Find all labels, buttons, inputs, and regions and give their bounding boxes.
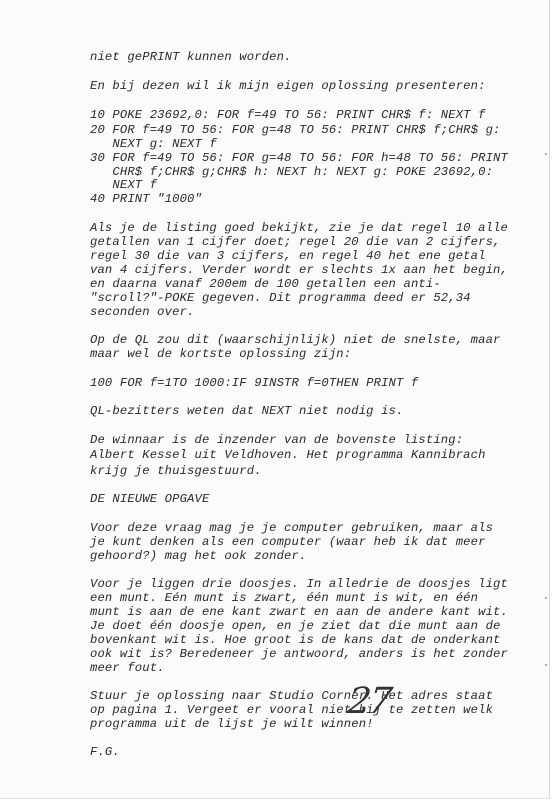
text-line: getallen van 1 cijfer doet; regel 20 die…: [90, 235, 501, 249]
text-line: je kunt denken als een computer (waar he…: [90, 535, 486, 549]
text-line: "scroll?"-POKE gegeven. Dit programma de…: [90, 291, 471, 305]
text-line: QL-bezitters weten dat NEXT niet nodig i…: [90, 404, 403, 418]
document-page: niet gePRINT kunnen worden. En bij dezen…: [0, 0, 550, 799]
text-line: En bij dezen wil ik mijn eigen oplossing…: [90, 79, 486, 93]
code-line: NEXT f: [90, 178, 157, 192]
code-line: 20 FOR f=49 TO 56: FOR g=48 TO 56: PRINT…: [90, 123, 501, 137]
code-line: 100 FOR f=1TO 1000:IF 9INSTR f=0THEN PRI…: [90, 376, 418, 390]
text-line: programma uit de lijst je wilt winnen!: [90, 717, 374, 731]
text-line: meer fout.: [90, 661, 165, 675]
page-number: 27: [345, 681, 393, 722]
text-line: De winnaar is de inzender van de bovenst…: [90, 433, 463, 447]
code-line: 10 POKE 23692,0: FOR f=49 TO 56: PRINT C…: [90, 108, 486, 122]
text-line: op pagina 1. Vergeet er vooral niet bij …: [90, 703, 493, 717]
punch-mark: [545, 664, 547, 666]
text-line: krijg je thuisgestuurd.: [90, 464, 262, 478]
text-line: bovenkant wit is. Hoe groot is de kans d…: [90, 633, 501, 647]
code-line: CHR$ f;CHR$ g;CHR$ h: NEXT h: NEXT g: PO…: [90, 165, 493, 179]
text-line: maar wel de kortste oplossing zijn:: [90, 347, 351, 361]
text-line: Albert Kessel uit Veldhoven. Het program…: [90, 448, 486, 462]
punch-mark: [545, 597, 547, 599]
text-line: ook wit is? Beredeneer je antwoord, ande…: [90, 647, 508, 661]
text-line: Stuur je oplossing naar Studio Corner. H…: [90, 689, 493, 703]
text-line: gehoord?) mag het ook zonder.: [90, 549, 306, 563]
punch-mark: [545, 153, 547, 155]
text-line: Op de QL zou dit (waarschijnlijk) niet d…: [90, 333, 501, 347]
code-line: 30 FOR f=49 TO 56: FOR g=48 TO 56: FOR h…: [90, 151, 508, 165]
text-line: en daarna vanaf 200em de 100 getallen ee…: [90, 277, 441, 291]
text-line: niet gePRINT kunnen worden.: [90, 50, 292, 64]
text-line: Je doet één doosje open, en je ziet dat …: [90, 619, 501, 633]
text-line: van 4 cijfers. Verder wordt er slechts 1…: [90, 263, 508, 277]
text-line: Voor deze vraag mag je je computer gebru…: [90, 521, 493, 535]
text-line: een munt. Eén munt is zwart, één munt is…: [90, 591, 478, 605]
code-line: NEXT g: NEXT f: [90, 137, 217, 151]
text-line: regel 30 die van 3 cijfers, en regel 40 …: [90, 249, 486, 263]
text-line: seconden over.: [90, 305, 195, 319]
section-heading: DE NIEUWE OPGAVE: [90, 492, 209, 506]
text-line: munt is aan de ene kant zwart en aan de …: [90, 605, 508, 619]
signature: F.G.: [90, 745, 120, 759]
text-line: Voor je liggen drie doosjes. In alledrie…: [90, 577, 508, 591]
text-line: Als je de listing goed bekijkt, zie je d…: [90, 221, 508, 235]
code-line: 40 PRINT "1000": [90, 192, 202, 206]
